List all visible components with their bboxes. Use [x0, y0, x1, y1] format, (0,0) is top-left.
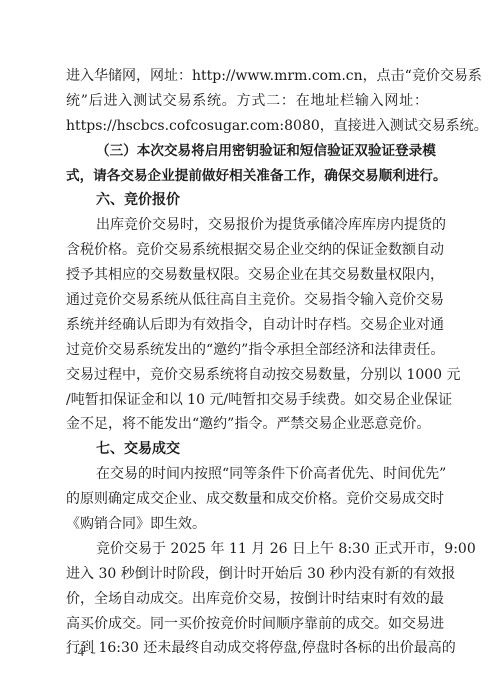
bold-notice-line: 式，请各交易企业提前做好相关准备工作，确保交易顺利进行。: [66, 164, 428, 189]
text-line: 在交易的时间内按照“同等条件下价高者优先、时间优先”: [66, 462, 428, 487]
text-line: 进入华储网，网址：http://www.mrm.com.cn，点击“竞价交易系: [66, 64, 428, 89]
bold-notice-line: （三）本次交易将启用密钥验证和短信验证双验证登录模: [66, 139, 428, 164]
text-line: 的原则确定成交企业、成交数量和成交价格。竞价交易成交时: [66, 487, 428, 512]
section-heading-bidding: 六、竞价报价: [66, 188, 428, 213]
section-heading-settlement: 七、交易成交: [66, 437, 428, 462]
document-body: 进入华储网，网址：http://www.mrm.com.cn，点击“竞价交易系 …: [66, 64, 428, 661]
text-line: 行到 16:30 还未最终自动成交将停盘,停盘时各标的出价最高的: [66, 636, 428, 661]
text-line: 含税价格。竞价交易系统根据交易企业交纳的保证金数额自动: [66, 238, 428, 263]
text-line: 高买价成交。同一买价按竞价时间顺序靠前的成交。如交易进: [66, 612, 428, 637]
text-line: 《购销合同》即生效。: [66, 512, 428, 537]
text-line: 进入 30 秒倒计时阶段，倒计时开始后 30 秒内没有新的有效报: [66, 562, 428, 587]
text-line: 竞价交易于 2025 年 11 月 26 日上午 8:30 正式开市，9:00: [66, 537, 428, 562]
text-line: https://hscbcs.cofcosugar.com:8080，直接进入测…: [66, 114, 428, 139]
text-line: 授予其相应的交易数量权限。交易企业在其交易数量权限内，: [66, 263, 428, 288]
text-line: 交易过程中，竞价交易系统将自动按交易数量，分别以 1000 元: [66, 363, 428, 388]
text-line: 系统并经确认后即为有效指令，自动计时存档。交易企业对通: [66, 313, 428, 338]
text-line: /吨暂扣保证金和以 10 元/吨暂扣交易手续费。如交易企业保证: [66, 388, 428, 413]
text-line: 过竞价交易系统发出的“邀约”指令承担全部经济和法律责任。: [66, 338, 428, 363]
text-line: 统”后进入测试交易系统。方式二：在地址栏输入网址：: [66, 89, 428, 114]
text-line: 金不足，将不能发出“邀约”指令。严禁交易企业恶意竞价。: [66, 412, 428, 437]
text-line: 出库竞价交易时，交易报价为提货承储冷库库房内提货的: [66, 213, 428, 238]
page-number: - 4 -: [66, 644, 98, 660]
text-line: 价，全场自动成交。出库竞价交易，按倒计时结束时有效的最: [66, 587, 428, 612]
text-line: 通过竞价交易系统从低往高自主竞价。交易指令输入竞价交易: [66, 288, 428, 313]
